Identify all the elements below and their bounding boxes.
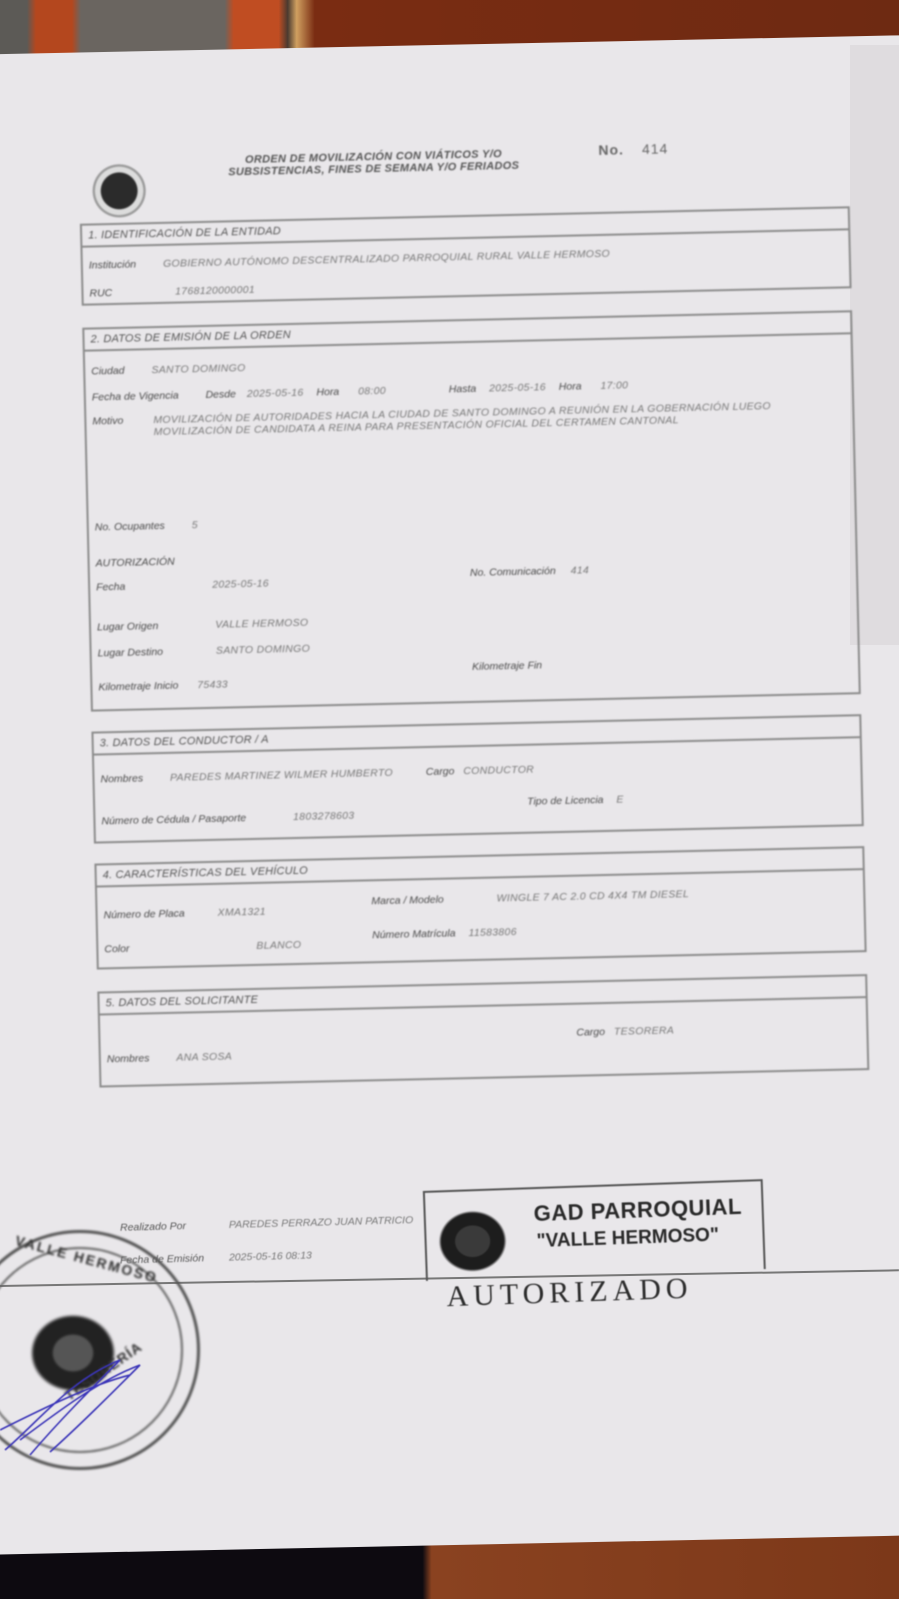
km-fin-label: Kilometraje Fin [472,659,542,673]
driver-nombres-label: Nombres [100,772,143,785]
field-comunicacion: No. Comunicación 414 [470,564,589,579]
stamp-status: AUTORIZADO [446,1272,693,1315]
section-entity: 1. IDENTIFICACIÓN DE LA ENTIDAD Instituc… [80,206,852,305]
section-requester: 5. DATOS DEL SOLICITANTE Nombres ANA SOS… [97,974,869,1087]
color-value: BLANCO [256,939,301,952]
hasta-value: 2025-05-16 [489,381,546,394]
field-driver-licencia: Tipo de Licencia E [527,794,624,808]
ocupantes-label: No. Ocupantes [95,520,165,534]
destino-value: SANTO DOMINGO [216,643,310,657]
field-fecha: Fecha 2025-05-16 [96,578,269,594]
requester-nombres-value: ANA SOSA [176,1051,232,1064]
section-requester-title: 5. DATOS DEL SOLICITANTE [99,976,865,1015]
driver-cedula-value: 1803278603 [293,810,355,823]
institucion-label: Institución [89,258,137,271]
authorization-stamp: GAD PARROQUIAL "VALLE HERMOSO" AUTORIZAD… [423,1179,767,1321]
driver-cargo-label: Cargo [426,765,455,778]
field-placa: Número de Placa XMA1321 [103,906,265,922]
field-origen: Lugar Origen VALLE HERMOSO [97,617,309,634]
km-inicio-label: Kilometraje Inicio [98,680,178,694]
section-driver: 3. DATOS DEL CONDUCTOR / A Nombres PARED… [91,714,863,843]
field-color: Color BLANCO [104,939,301,955]
order-number-label: No. [598,141,624,158]
motivo-value: MOVILIZACIÓN DE AUTORIDADES HACIA LA CIU… [153,400,773,438]
section-vehicle: 4. CARACTERÍSTICAS DEL VEHÍCULO Número d… [94,846,866,969]
field-km-fin: Kilometraje Fin [472,659,566,673]
field-ruc: RUC 1768120000001 [89,284,255,300]
field-driver-cedula: Número de Cédula / Pasaporte 1803278603 [101,810,354,828]
field-vigencia: Fecha de Vigencia Desde 2025-05-16 Hora … [92,379,629,403]
desde-value: 2025-05-16 [247,387,304,400]
field-motivo: Motivo MOVILIZACIÓN DE AUTORIDADES HACIA… [92,400,773,439]
km-inicio-value: 75433 [197,679,228,692]
field-driver-nombres: Nombres PAREDES MARTINEZ WILMER HUMBERTO… [100,764,534,786]
origen-label: Lugar Origen [97,620,159,633]
order-number: No.414 [598,140,668,158]
field-destino: Lugar Destino SANTO DOMINGO [98,643,311,660]
institucion-value: GOBIERNO AUTÓNOMO DESCENTRALIZADO PARROQ… [163,248,610,270]
ciudad-label: Ciudad [91,365,125,378]
autorizacion-label: AUTORIZACIÓN [95,556,174,570]
ocupantes-value: 5 [192,519,198,531]
requester-cargo-value: TESORERA [614,1024,674,1037]
field-requester-cargo: Cargo TESORERA [576,1024,674,1038]
document-title: ORDEN DE MOVILIZACIÓN CON VIÁTICOS Y/O S… [198,147,548,179]
hora-hasta-label: Hora [559,380,582,393]
hora-hasta-value: 17:00 [600,379,628,392]
hora-desde-label: Hora [316,386,339,399]
hasta-label: Hasta [449,383,477,396]
requester-nombres-label: Nombres [107,1052,150,1065]
field-matricula: Número Matrícula 11583806 [372,926,517,941]
document: ORDEN DE MOVILIZACIÓN CON VIÁTICOS Y/O S… [68,122,880,1120]
comunicacion-value: 414 [570,564,589,576]
ciudad-value: SANTO DOMINGO [151,362,245,376]
handwritten-signature [0,1340,180,1460]
comunicacion-label: No. Comunicación [470,565,556,579]
marca-label: Marca / Modelo [371,894,444,908]
desde-label: Desde [205,388,236,401]
section-order-issue: 2. DATOS DE EMISIÓN DE LA ORDEN Ciudad S… [82,310,861,711]
field-km-inicio: Kilometraje Inicio 75433 [98,679,228,694]
requester-cargo-label: Cargo [576,1026,605,1039]
driver-nombres-value: PAREDES MARTINEZ WILMER HUMBERTO [170,767,393,784]
placa-label: Número de Placa [103,908,184,922]
realizado-label: Realizado Por [120,1220,186,1234]
vigencia-label: Fecha de Vigencia [92,390,179,404]
fecha-value: 2025-05-16 [212,578,269,591]
autorizacion-heading: AUTORIZACIÓN [95,555,198,569]
section-order-issue-title: 2. DATOS DE EMISIÓN DE LA ORDEN [84,312,850,351]
fecha-label: Fecha [96,581,125,594]
driver-cargo-value: CONDUCTOR [463,764,534,778]
matricula-label: Número Matrícula [372,927,456,941]
hora-desde-value: 08:00 [358,385,386,398]
field-ciudad: Ciudad SANTO DOMINGO [91,362,246,377]
section-entity-title: 1. IDENTIFICACIÓN DE LA ENTIDAD [82,208,848,247]
field-ocupantes: No. Ocupantes 5 [95,519,198,533]
driver-licencia-value: E [616,794,624,806]
matricula-value: 11583806 [468,926,517,939]
destino-label: Lugar Destino [98,646,164,659]
ruc-value: 1768120000001 [175,284,255,298]
entity-logo-icon [91,162,148,219]
marca-value: WINGLE 7 AC 2.0 CD 4X4 TM DIESEL [496,888,689,904]
field-institucion: Institución GOBIERNO AUTÓNOMO DESCENTRAL… [89,248,610,272]
origen-value: VALLE HERMOSO [215,617,308,631]
section-driver-title: 3. DATOS DEL CONDUCTOR / A [93,716,859,755]
section-vehicle-title: 4. CARACTERÍSTICAS DEL VEHÍCULO [96,848,862,887]
ruc-label: RUC [89,287,112,300]
color-label: Color [104,943,129,956]
field-requester-nombres: Nombres ANA SOSA [107,1051,232,1066]
order-number-value: 414 [642,140,669,157]
motivo-label: Motivo [92,415,123,440]
placa-value: XMA1321 [217,906,265,919]
field-marca: Marca / Modelo WINGLE 7 AC 2.0 CD 4X4 TM… [371,888,689,907]
emision-value: 2025-05-16 08:13 [229,1249,312,1263]
driver-cedula-label: Número de Cédula / Pasaporte [101,812,246,827]
driver-licencia-label: Tipo de Licencia [527,794,604,808]
coat-of-arms-icon [431,1204,513,1279]
